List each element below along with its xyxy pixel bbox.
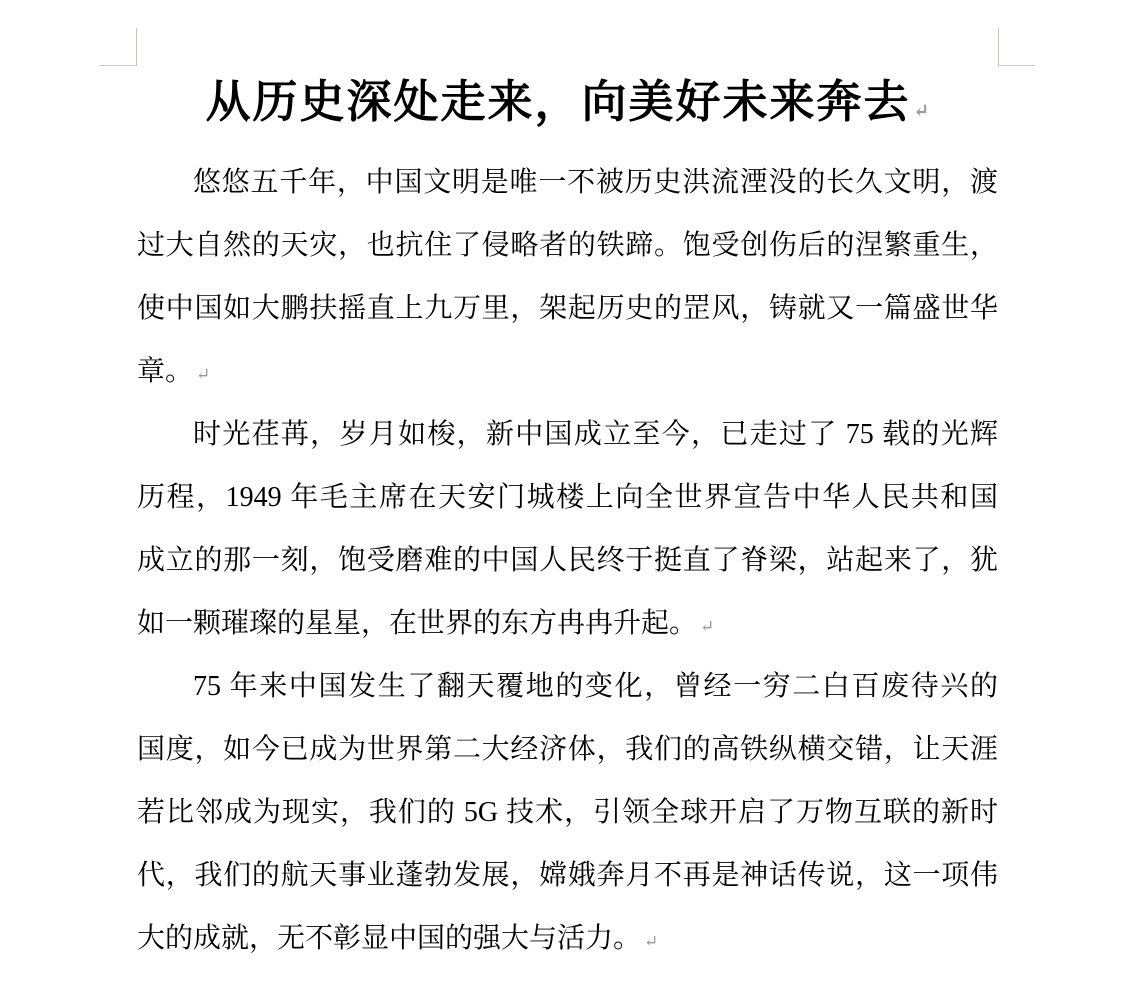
text-area: 从历史深处走来，向美好未来奔去↵ 悠悠五千年，中国文明是唯一不被历史洪流湮没的长… (137, 63, 998, 970)
text-line: 大的成就，无不彰显中国的强大与活力。↵ (137, 907, 998, 970)
document-title: 从历史深处走来，向美好未来奔去↵ (137, 63, 998, 151)
document-title-text: 从历史深处走来，向美好未来奔去 (206, 77, 911, 127)
text-line: 国度，如今已成为世界第二大经济体，我们的高铁纵横交错，让天涯 (137, 718, 998, 781)
paragraph-mark-icon: ↵ (196, 365, 210, 384)
text-line: 时光荏苒，岁月如梭，新中国成立至今，已走过了 75 载的光辉 (137, 403, 998, 466)
text-line: 历程，1949 年毛主席在天安门城楼上向全世界宣告中华人民共和国 (137, 466, 998, 529)
paragraph: 悠悠五千年，中国文明是唯一不被历史洪流湮没的长久文明，渡过大自然的天灾，也抗住了… (137, 151, 998, 403)
paragraph-mark-icon: ↵ (644, 932, 658, 951)
document-page: 从历史深处走来，向美好未来奔去↵ 悠悠五千年，中国文明是唯一不被历史洪流湮没的长… (0, 0, 1146, 981)
text-line: 如一颗璀璨的星星，在世界的东方冉冉升起。↵ (137, 592, 998, 655)
text-boundary-corner-top-right-icon (998, 28, 1035, 66)
text-line: 代，我们的航天事业蓬勃发展，嫦娥奔月不再是神话传说，这一项伟 (137, 844, 998, 907)
document-body: 悠悠五千年，中国文明是唯一不被历史洪流湮没的长久文明，渡过大自然的天灾，也抗住了… (137, 151, 998, 970)
paragraph-mark-icon: ↵ (914, 101, 930, 122)
paragraph: 时光荏苒，岁月如梭，新中国成立至今，已走过了 75 载的光辉历程，1949 年毛… (137, 403, 998, 655)
paragraph: 75 年来中国发生了翻天覆地的变化，曾经一穷二白百废待兴的国度，如今已成为世界第… (137, 655, 998, 970)
text-line: 若比邻成为现实，我们的 5G 技术，引领全球开启了万物互联的新时 (137, 781, 998, 844)
text-line: 章。↵ (137, 340, 998, 403)
text-line: 悠悠五千年，中国文明是唯一不被历史洪流湮没的长久文明，渡 (137, 151, 998, 214)
text-line: 成立的那一刻，饱受磨难的中国人民终于挺直了脊梁，站起来了，犹 (137, 529, 998, 592)
text-boundary-corner-top-left-icon (100, 28, 137, 66)
paragraph-mark-icon: ↵ (700, 617, 714, 636)
text-line: 75 年来中国发生了翻天覆地的变化，曾经一穷二白百废待兴的 (137, 655, 998, 718)
text-line: 过大自然的天灾，也抗住了侵略者的铁蹄。饱受创伤后的涅繁重生， (137, 214, 998, 277)
text-line: 使中国如大鹏扶摇直上九万里，架起历史的罡风，铸就又一篇盛世华 (137, 277, 998, 340)
